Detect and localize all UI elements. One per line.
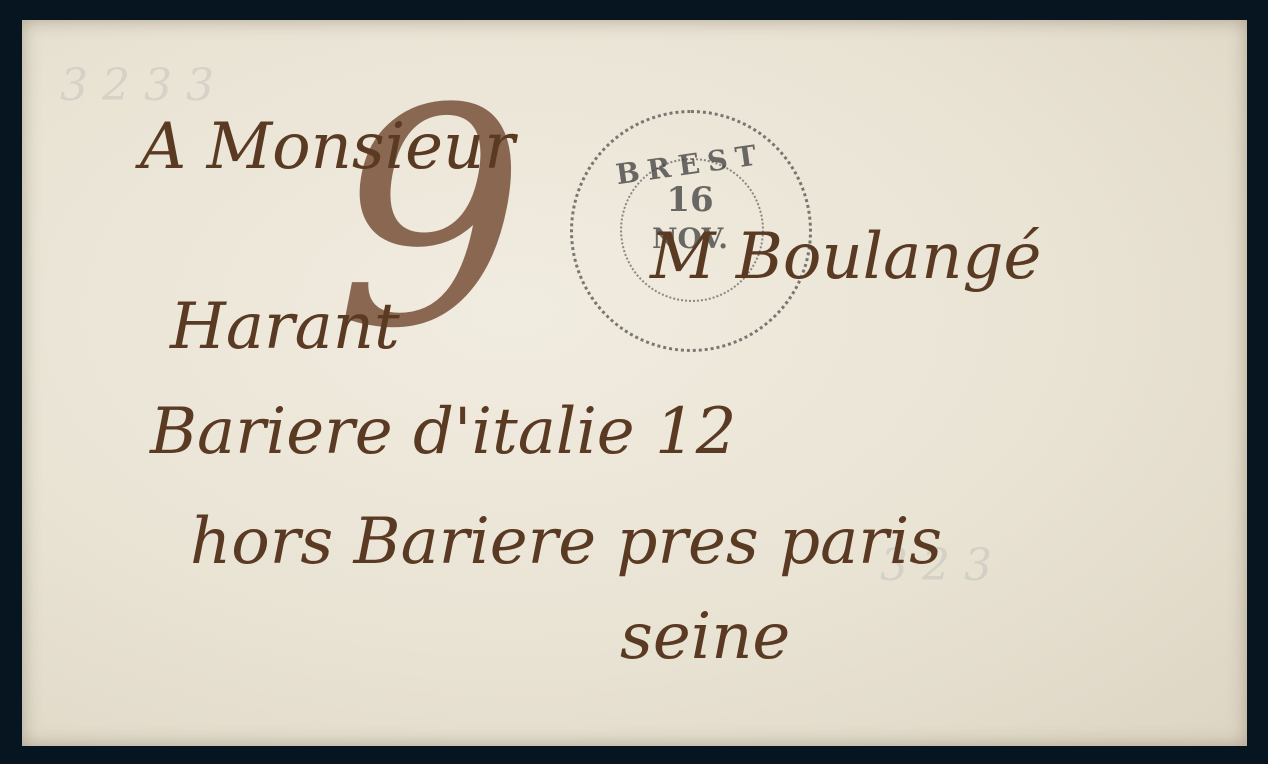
address-line: seine <box>620 600 790 674</box>
address-line: Harant <box>170 290 400 364</box>
bleed-through-writing: 3 2 3 3 <box>60 60 214 111</box>
address-line: hors Bariere pres paris <box>190 505 942 579</box>
address-line: M Boulangé <box>650 220 1041 294</box>
address-line: A Monsieur <box>140 110 515 184</box>
address-line: Bariere d'italie 12 <box>150 395 736 469</box>
postmark-day: 16 <box>640 180 740 220</box>
